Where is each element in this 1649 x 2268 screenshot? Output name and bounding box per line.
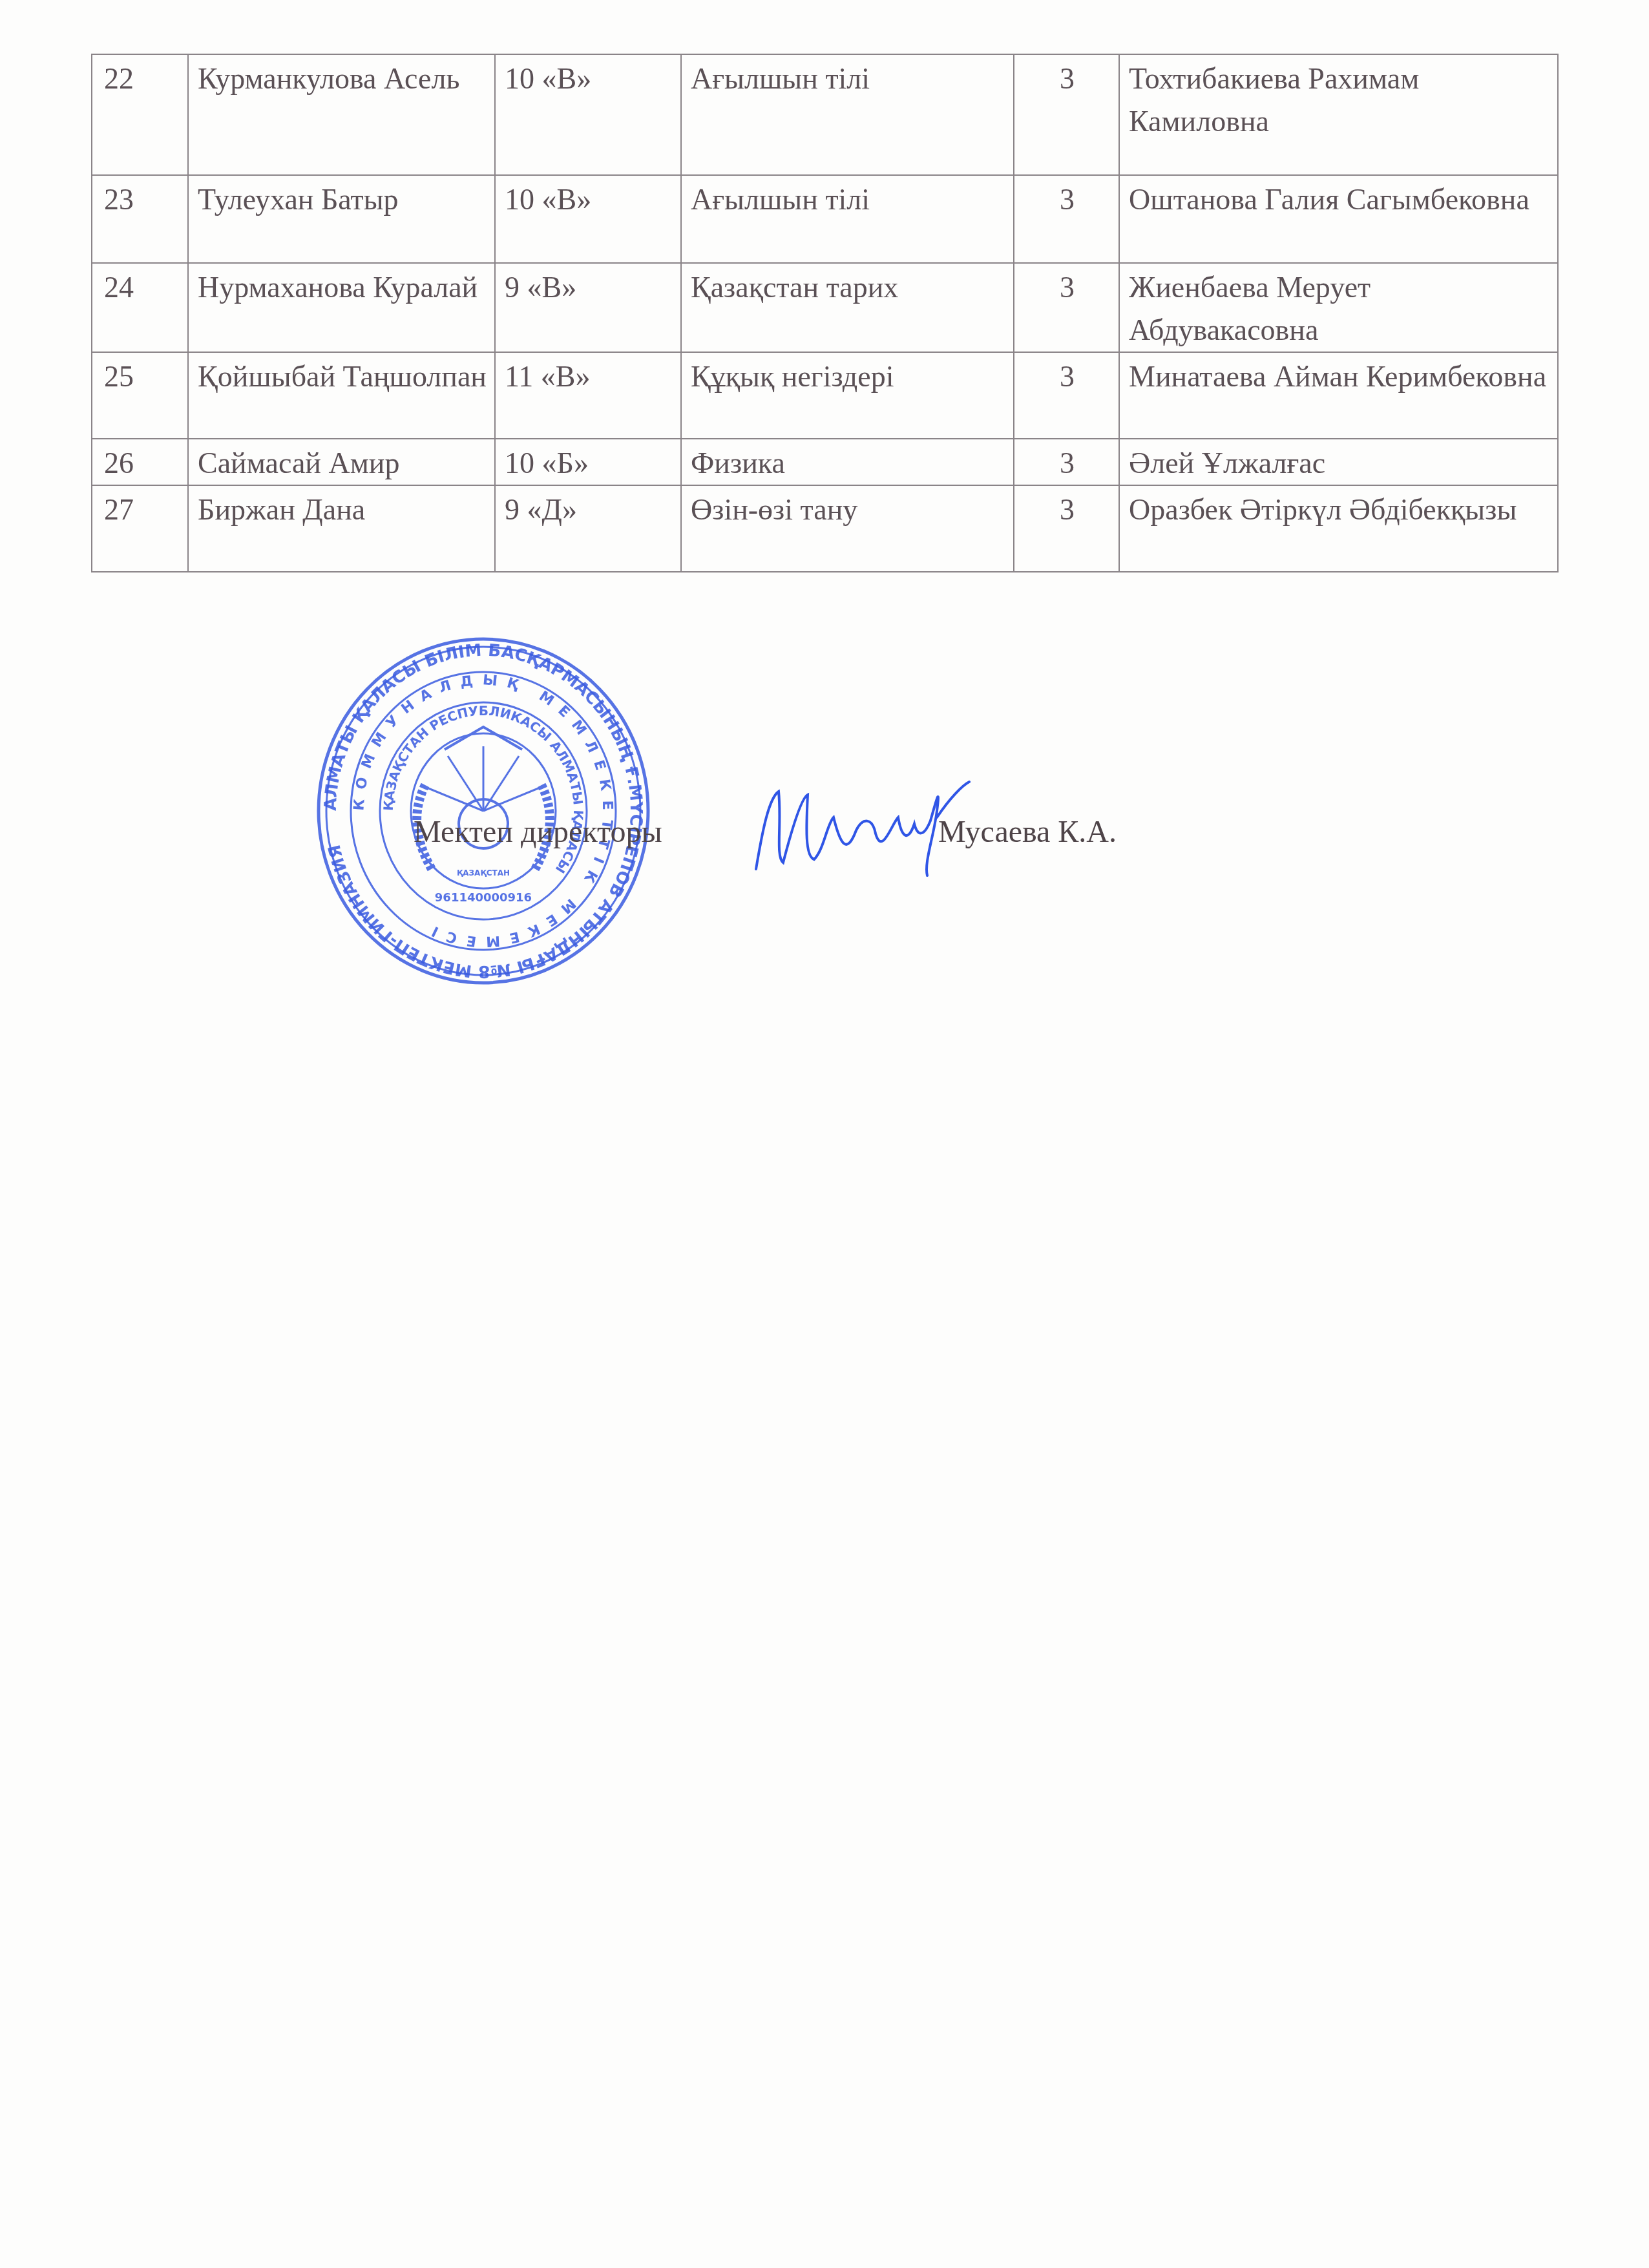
director-title: Мектеп директоры <box>414 814 662 850</box>
director-name: Мусаева К.А. <box>938 814 1117 850</box>
subject-cell: Қазақстан тарих <box>681 263 1014 352</box>
row-number: 25 <box>92 352 188 439</box>
student-name: Қойшыбай Таңшолпан <box>188 352 495 439</box>
teacher-name: Әлей Ұлжалғас <box>1119 439 1558 485</box>
table-row: 25Қойшыбай Таңшолпан11 «В»Құқық негіздер… <box>92 352 1558 439</box>
place-cell: 3 <box>1014 263 1119 352</box>
place-cell: 3 <box>1014 54 1119 175</box>
official-stamp: АЛМАТЫ ҚАЛАСЫ БІЛІМ БАСҚАРМАСЫНЫҢ Ғ.МҮСІ… <box>315 636 651 985</box>
student-name: Тулеухан Батыр <box>188 175 495 263</box>
table-row: 26Саймасай Амир10 «Б»Физика3Әлей Ұлжалға… <box>92 439 1558 485</box>
row-number: 23 <box>92 175 188 263</box>
place-cell: 3 <box>1014 352 1119 439</box>
class-cell: 11 «В» <box>495 352 681 439</box>
student-name: Биржан Дана <box>188 485 495 572</box>
place-cell: 3 <box>1014 485 1119 572</box>
teacher-name: Тохтибакиева Рахимам Камиловна <box>1119 54 1558 175</box>
subject-cell: Ағылшын тілі <box>681 54 1014 175</box>
table-row: 27Биржан Дана9 «Д»Өзін-өзі тану3Оразбек … <box>92 485 1558 572</box>
place-cell: 3 <box>1014 439 1119 485</box>
subject-cell: Құқық негіздері <box>681 352 1014 439</box>
table-row: 22Курманкулова Асель10 «В»Ағылшын тілі3Т… <box>92 54 1558 175</box>
teacher-name: Оштанова Галия Сагымбековна <box>1119 175 1558 263</box>
table-row: 24Нурмаханова Куралай9 «В»Қазақстан тари… <box>92 263 1558 352</box>
class-cell: 10 «Б» <box>495 439 681 485</box>
teacher-name: Оразбек Әтіркүл Әбдібекқызы <box>1119 485 1558 572</box>
teacher-name: Жиенбаева Мерует Абдувакасовна <box>1119 263 1558 352</box>
class-cell: 10 «В» <box>495 54 681 175</box>
row-number: 24 <box>92 263 188 352</box>
row-number: 27 <box>92 485 188 572</box>
place-cell: 3 <box>1014 175 1119 263</box>
class-cell: 10 «В» <box>495 175 681 263</box>
student-name: Саймасай Амир <box>188 439 495 485</box>
class-cell: 9 «В» <box>495 263 681 352</box>
stamp-number: 961140000916 <box>435 891 532 905</box>
row-number: 26 <box>92 439 188 485</box>
student-name: Нурмаханова Куралай <box>188 263 495 352</box>
subject-cell: Ағылшын тілі <box>681 175 1014 263</box>
row-number: 22 <box>92 54 188 175</box>
table-row: 23Тулеухан Батыр10 «В»Ағылшын тілі3Оштан… <box>92 175 1558 263</box>
subject-cell: Өзін-өзі тану <box>681 485 1014 572</box>
class-cell: 9 «Д» <box>495 485 681 572</box>
stamp-center-label: ҚАЗАҚСТАН <box>457 868 510 877</box>
teacher-name: Минатаева Айман Керимбековна <box>1119 352 1558 439</box>
results-table: 22Курманкулова Асель10 «В»Ағылшын тілі3Т… <box>91 54 1559 572</box>
student-name: Курманкулова Асель <box>188 54 495 175</box>
subject-cell: Физика <box>681 439 1014 485</box>
